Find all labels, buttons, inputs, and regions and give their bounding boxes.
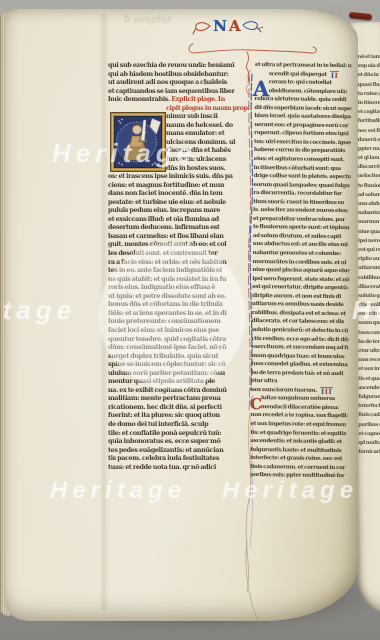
text-line: ut audirent adi nos quoque a chaldeis bbox=[108, 78, 249, 87]
running-title: NA bbox=[213, 17, 242, 35]
text-line: obsidionem. cōtemplare uiā: bbox=[269, 87, 352, 97]
numeral-letter: I bbox=[334, 71, 338, 80]
text-line: uus abduc bbox=[358, 201, 380, 210]
rubric-line-2: cipit plogus in naum prophetam. bbox=[166, 104, 249, 113]
text-line: pestate: et turbine uie eius: et nebule bbox=[108, 198, 249, 207]
text-line: discurrēti bbox=[358, 164, 380, 173]
text-line: ciens: et magnus fortitudine: et mun bbox=[108, 181, 249, 190]
text-line: fortitudin bbox=[358, 118, 380, 127]
text-line: basan et carmelus: et flos libani elan bbox=[108, 232, 249, 241]
manuscript-photo: nō et iam qsup oīa deet dñs inquasi flut… bbox=[0, 0, 380, 640]
chapter2-start: A scendit qui dispergatII coram te: qui … bbox=[255, 70, 352, 97]
text-line: qui sub ezechia de reuou unda: beniamī bbox=[108, 61, 249, 70]
running-title-letter-a: A bbox=[229, 17, 243, 35]
text-line: nec est fi bbox=[358, 127, 380, 136]
text-line: bo de terra bbox=[358, 339, 380, 348]
watermark-text-partial-left: Heritage bbox=[0, 295, 76, 326]
text-line: est qui reu bbox=[358, 247, 380, 256]
text-line: et qī lam bbox=[358, 155, 380, 164]
text-line: dilacerata bbox=[358, 284, 380, 293]
left-opening-block: qui sub ezechia de reuou unda: beniamīqu… bbox=[108, 61, 249, 95]
text-span: uox nunciorum tuorum. bbox=[251, 387, 317, 394]
text-line: fornicari bbox=[358, 449, 380, 458]
chapter3-indent-block: iuitas sanguinum uniuersamendacii dilace… bbox=[251, 394, 348, 412]
numeral-letter: I bbox=[328, 387, 332, 396]
text-line: tile: et conflatile ponā sepulcrū tuū: bbox=[108, 429, 249, 438]
watermark-text: Heritage bbox=[222, 477, 358, 505]
text-line: dauerū et bbox=[358, 137, 380, 146]
text-line: ppter mul bbox=[358, 146, 380, 155]
chapter2-indent-block: coram te: qui custodiatobsidionem. cōtem… bbox=[255, 78, 352, 96]
chapter3-drop-cap: C bbox=[250, 394, 262, 415]
show-through-ghost-text: suploze q bbox=[92, 14, 172, 25]
text-line: et uox imp bbox=[358, 366, 380, 375]
text-line: niue quasi bbox=[358, 229, 380, 238]
chapter3-numeral: III bbox=[320, 387, 333, 396]
text-line: et cogitat bbox=[358, 109, 380, 118]
running-title-letter-n: N bbox=[213, 17, 229, 35]
text-line: mans emulator: et bbox=[166, 129, 249, 138]
text-line: ta ruine a bbox=[358, 91, 380, 100]
text-line: et exsiccans illud: et oīa flumina ad bbox=[108, 215, 249, 224]
text-span: scendit qui dispergat bbox=[269, 71, 327, 78]
right-body-block: robora uirtutem ualde. quia reddidit dñs… bbox=[251, 95, 352, 387]
rubric-black-part: huic demonstrabis. bbox=[108, 95, 171, 103]
text-line: te fluuior bbox=[358, 183, 380, 192]
text-line: finis cada bbox=[358, 412, 380, 421]
text-line: nimur sub inscii bbox=[166, 112, 249, 121]
rubric-red-part: Explicit plage. In bbox=[171, 95, 225, 103]
next-page-text-block: nō et iam qsup oīa deet dñs inquasi flut… bbox=[358, 54, 380, 490]
text-line: de domo dei tui interficiā. sculp bbox=[108, 420, 249, 429]
text-line: ascendenti bbox=[358, 385, 380, 394]
text-line: non recede bbox=[358, 357, 380, 366]
text-line: desertum deducens. infirmatus est bbox=[108, 223, 249, 232]
watermark-circle-logo bbox=[99, 242, 246, 389]
text-line: mendacii dilaceratiōe plena: bbox=[261, 403, 348, 413]
text-line: qd multa bbox=[358, 440, 380, 449]
text-line: nō et iam q bbox=[358, 54, 380, 63]
text-line: sup oīa de bbox=[358, 63, 380, 72]
chapter2-drop-cap: A bbox=[253, 78, 270, 99]
text-line: qui ab hisdem hostibus obsidebantur: bbox=[108, 70, 249, 79]
text-line: murmurāt bbox=[358, 219, 380, 228]
right-text-column: et ultra ut pertranseat in te belial: un… bbox=[250, 61, 352, 481]
text-line: etur ultra bbox=[358, 348, 380, 357]
text-line: quia inhonoratus es. ecce super mō bbox=[108, 437, 249, 446]
text-line: tis et quad bbox=[358, 376, 380, 385]
text-line: et cogno bbox=[358, 431, 380, 440]
text-line: naum de helcesei. do bbox=[166, 121, 249, 130]
text-line: ricationem. hec dicit dñs. si perfecti bbox=[108, 403, 249, 412]
text-line: fulguranti bbox=[358, 394, 380, 403]
text-line: interfecte bbox=[358, 403, 380, 412]
text-line: rabilibus d bbox=[358, 274, 380, 283]
text-line: ripite aur bbox=[358, 256, 380, 265]
text-line: tes pedes euāgelizantis: et annūcian bbox=[108, 446, 249, 455]
watermark-text: Heritage bbox=[52, 138, 196, 169]
text-line: et dñs in bbox=[358, 72, 380, 81]
text-line: dans non faciet inocentē. dñs in tem bbox=[108, 189, 249, 198]
text-line: in itinere bbox=[358, 100, 380, 109]
text-line: tuos come bbox=[358, 330, 380, 339]
text-line: poribus su bbox=[358, 421, 380, 430]
text-line: fuerint: et ita plures: sic quoq atton bbox=[108, 411, 249, 420]
text-line: uitiarum e bbox=[358, 265, 380, 274]
text-line: tis pacem. celebra iuda festiuitates bbox=[108, 454, 249, 463]
watermark-text-partial-right: Heritage bbox=[352, 295, 380, 326]
right-tail-block: non recedet a te rapina. uox flagelli:et… bbox=[250, 411, 348, 481]
text-line: tuas: et redde uota tua. qr nō adici bbox=[108, 463, 249, 472]
text-line: puluis pedum eius. increpans mare bbox=[108, 206, 249, 215]
watermark-text: Heritage bbox=[50, 477, 186, 505]
text-line: quasi flu bbox=[358, 82, 380, 91]
text-line: malitiam: mente pertractans preua bbox=[108, 394, 249, 403]
text-line: et captiuandos se iam sequentibus liber bbox=[108, 87, 249, 96]
rubric-line: huic demonstrabis. Explicit plage. In bbox=[108, 95, 249, 104]
text-line: ipsi uero f bbox=[358, 238, 380, 247]
chapter3-start: C iuitas sanguinum uniuersamendacii dila… bbox=[251, 394, 348, 412]
text-line: uelociter a bbox=[358, 173, 380, 182]
text-line: ad solum d bbox=[358, 192, 380, 201]
chapter2-numeral: II bbox=[330, 70, 340, 79]
text-line: os: et irascens ipse inimicis suis. dñs … bbox=[108, 172, 249, 181]
left-bottom-block: de domo dei tui interficiā. sculptile: e… bbox=[108, 420, 249, 471]
text-line: nabantur g bbox=[358, 210, 380, 219]
